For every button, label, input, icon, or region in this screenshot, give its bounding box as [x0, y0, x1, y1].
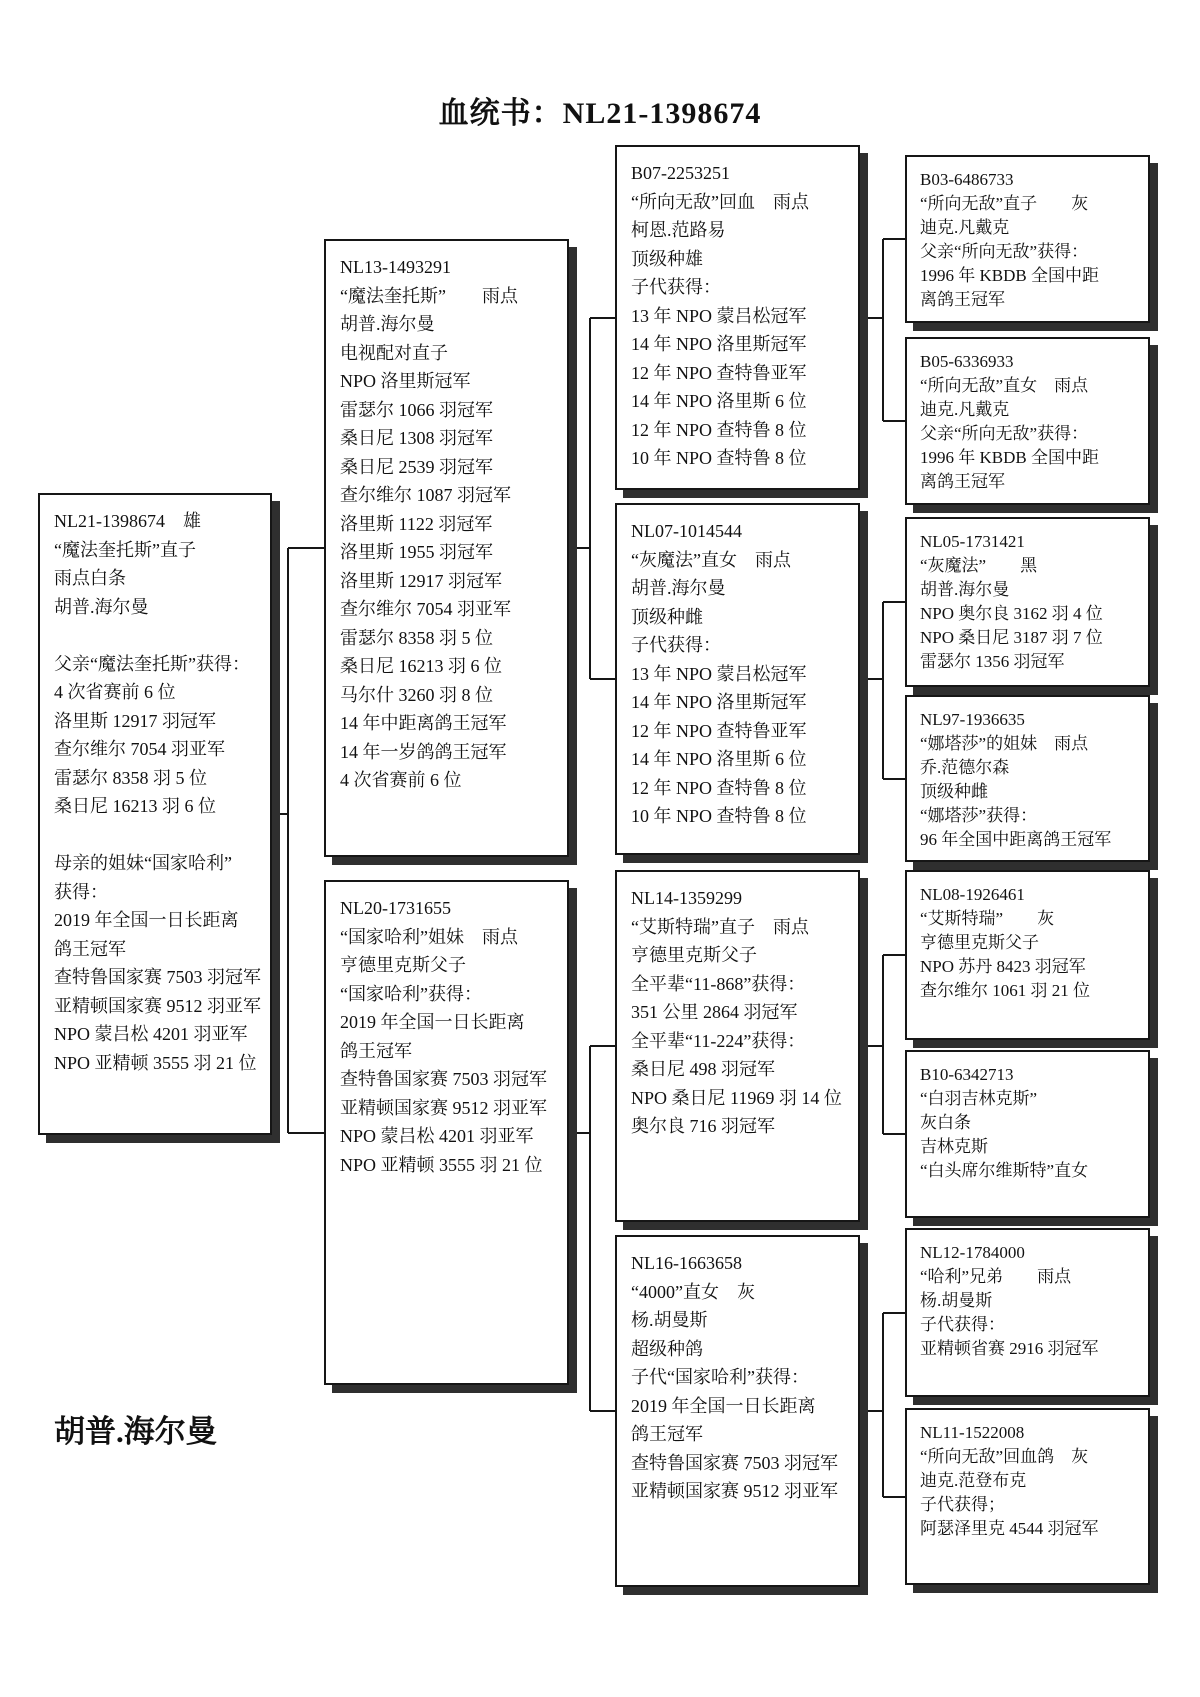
pedigree-text-line: 顶级种雌	[631, 603, 848, 632]
pedigree-text-line: 亨德里克斯父子	[920, 931, 1140, 955]
pedigree-text-line: 10 年 NPO 查特鲁 8 位	[631, 444, 848, 473]
pedigree-text-line: “灰魔法”直女 雨点	[631, 546, 848, 575]
pedigree-text-line: “艾斯特瑞”直子 雨点	[631, 913, 848, 942]
pedigree-text-line: 顶级种雌	[920, 780, 1140, 804]
pedigree-text-line: 超级种鸽	[631, 1335, 848, 1364]
pedigree-text-line: 子代获得；	[920, 1493, 1140, 1517]
pedigree-text-line: 雷瑟尔 8358 羽 5 位	[340, 624, 557, 653]
pedigree-text-line: 获得：	[54, 878, 260, 907]
pedigree-text-line: “魔法奎托斯”直子	[54, 536, 260, 565]
pedigree-text-line: NL14-1359299	[631, 884, 848, 913]
pedigree-text-line: 查特鲁国家赛 7503 羽冠军	[340, 1065, 557, 1094]
pedigree-text-line: “所向无敌”直女 雨点	[920, 374, 1140, 398]
pedigree-text-line: 鸽王冠军	[54, 935, 260, 964]
pedigree-text-line: “艾斯特瑞” 灰	[920, 907, 1140, 931]
pedigree-text-line: 1996 年 KBDB 全国中距	[920, 264, 1140, 288]
pedigree-text-line: 鸽王冠军	[340, 1037, 557, 1066]
pedigree-text-line: 胡普.海尔曼	[54, 593, 260, 622]
pedigree-text-line: “哈利”兄弟 雨点	[920, 1265, 1140, 1289]
pedigree-text-line: 查尔维尔 7054 羽亚军	[340, 595, 557, 624]
pedigree-text-line	[54, 821, 260, 850]
pedigree-text-line: 桑日尼 498 羽冠军	[631, 1055, 848, 1084]
pedigree-text-line: “娜塔莎”的姐妹 雨点	[920, 732, 1140, 756]
pedigree-text-line: 洛里斯 1955 羽冠军	[340, 538, 557, 567]
pedigree-text-line: NPO 桑日尼 11969 羽 14 位	[631, 1084, 848, 1113]
pedigree-text-line: 12 年 NPO 查特鲁亚军	[631, 717, 848, 746]
pedigree-text-line: 亚精顿国家赛 9512 羽亚军	[54, 992, 260, 1021]
pedigree-box-nl05-1731421: NL05-1731421“灰魔法” 黑胡普.海尔曼NPO 奥尔良 3162 羽 …	[905, 517, 1150, 687]
pedigree-text-line: 电视配对直子	[340, 339, 557, 368]
pedigree-text-line: 亚精顿国家赛 9512 羽亚军	[340, 1094, 557, 1123]
pedigree-text-line: 父亲“魔法奎托斯”获得：	[54, 650, 260, 679]
pedigree-box-b03-6486733: B03-6486733“所向无敌”直子 灰迪克.凡戴克父亲“所向无敌”获得：19…	[905, 155, 1150, 323]
pedigree-text-line: 14 年 NPO 洛里斯 6 位	[631, 745, 848, 774]
pedigree-text-line: “白羽吉林克斯”	[920, 1087, 1140, 1111]
pedigree-text-line: 桑日尼 2539 羽冠军	[340, 453, 557, 482]
pedigree-text-line: 洛里斯 1122 羽冠军	[340, 510, 557, 539]
pedigree-text-line: NPO 亚精顿 3555 羽 21 位	[54, 1049, 260, 1078]
pedigree-text-line: “所向无敌”回血 雨点	[631, 188, 848, 217]
pedigree-text-line: 12 年 NPO 查特鲁 8 位	[631, 774, 848, 803]
pedigree-text-line: 灰白条	[920, 1111, 1140, 1135]
pedigree-text-line: 鸽王冠军	[631, 1420, 848, 1449]
pedigree-text-line: 吉林克斯	[920, 1135, 1140, 1159]
pedigree-text-line: 桑日尼 1308 羽冠军	[340, 424, 557, 453]
pedigree-text-line: “灰魔法” 黑	[920, 554, 1140, 578]
pedigree-text-line: 查尔维尔 1087 羽冠军	[340, 481, 557, 510]
pedigree-text-line: 13 年 NPO 蒙吕松冠军	[631, 302, 848, 331]
pedigree-text-line: B03-6486733	[920, 168, 1140, 192]
pedigree-box-nl21-1398674: NL21-1398674 雄“魔法奎托斯”直子雨点白条胡普.海尔曼 父亲“魔法奎…	[38, 493, 272, 1135]
pedigree-text-line: NL12-1784000	[920, 1241, 1140, 1265]
pedigree-text-line: 雨点白条	[54, 564, 260, 593]
pedigree-text-line: NL21-1398674 雄	[54, 507, 260, 536]
pedigree-text-line: NL08-1926461	[920, 883, 1140, 907]
pedigree-text-line: 2019 年全国一日长距离	[54, 906, 260, 935]
pedigree-text-line: 桑日尼 16213 羽 6 位	[54, 792, 260, 821]
pedigree-text-line: 14 年中距离鸽王冠军	[340, 709, 557, 738]
pedigree-text-line: 迪克.凡戴克	[920, 398, 1140, 422]
pedigree-text-line: 子代获得：	[631, 273, 848, 302]
pedigree-text-line: 迪克.范登布克	[920, 1469, 1140, 1493]
pedigree-text-line: NPO 蒙吕松 4201 羽亚军	[54, 1020, 260, 1049]
pedigree-text-line: 子代“国家哈利”获得：	[631, 1363, 848, 1392]
pedigree-box-nl14-1359299: NL14-1359299“艾斯特瑞”直子 雨点亨德里克斯父子全平辈“11-868…	[615, 870, 860, 1222]
pedigree-text-line: 胡普.海尔曼	[920, 578, 1140, 602]
pedigree-text-line: 乔.范德尔森	[920, 756, 1140, 780]
pedigree-text-line: 全平辈“11-868”获得：	[631, 970, 848, 999]
pedigree-box-nl97-1936635: NL97-1936635“娜塔莎”的姐妹 雨点乔.范德尔森顶级种雌“娜塔莎”获得…	[905, 695, 1150, 862]
pedigree-text-line: NL16-1663658	[631, 1249, 848, 1278]
pedigree-text-line: B10-6342713	[920, 1063, 1140, 1087]
pedigree-text-line: “娜塔莎”获得：	[920, 804, 1140, 828]
pedigree-text-line: 亚精顿省赛 2916 羽冠军	[920, 1337, 1140, 1361]
pedigree-text-line: 顶级种雄	[631, 245, 848, 274]
pedigree-box-nl16-1663658: NL16-1663658“4000”直女 灰杨.胡曼斯超级种鸽子代“国家哈利”获…	[615, 1235, 860, 1587]
pedigree-text-line: 全平辈“11-224”获得：	[631, 1027, 848, 1056]
pedigree-text-line: 杨.胡曼斯	[920, 1289, 1140, 1313]
pedigree-text-line: NPO 亚精顿 3555 羽 21 位	[340, 1151, 557, 1180]
pedigree-text-line: 桑日尼 16213 羽 6 位	[340, 652, 557, 681]
pedigree-text-line: 14 年一岁鸽鸽王冠军	[340, 738, 557, 767]
pedigree-text-line: 亚精顿国家赛 9512 羽亚军	[631, 1477, 848, 1506]
pedigree-text-line: 柯恩.范路易	[631, 216, 848, 245]
pedigree-box-b07-2253251: B07-2253251“所向无敌”回血 雨点柯恩.范路易顶级种雄子代获得：13 …	[615, 145, 860, 490]
pedigree-text-line: B07-2253251	[631, 159, 848, 188]
pedigree-text-line: 迪克.凡戴克	[920, 216, 1140, 240]
pedigree-text-line: 12 年 NPO 查特鲁 8 位	[631, 416, 848, 445]
pedigree-text-line: NL20-1731655	[340, 894, 557, 923]
pedigree-text-line: 马尔什 3260 羽 8 位	[340, 681, 557, 710]
pedigree-text-line: 1996 年 KBDB 全国中距	[920, 446, 1140, 470]
pedigree-text-line: NL05-1731421	[920, 530, 1140, 554]
pedigree-box-nl20-1731655: NL20-1731655“国家哈利”姐妹 雨点亨德里克斯父子“国家哈利”获得：2…	[324, 880, 569, 1385]
pedigree-text-line: NL97-1936635	[920, 708, 1140, 732]
pedigree-text-line: 洛里斯 12917 羽冠军	[54, 707, 260, 736]
pedigree-text-line: 14 年 NPO 洛里斯冠军	[631, 688, 848, 717]
pedigree-box-nl07-1014544: NL07-1014544“灰魔法”直女 雨点胡普.海尔曼顶级种雌子代获得：13 …	[615, 503, 860, 855]
pedigree-text-line: 查尔维尔 7054 羽亚军	[54, 735, 260, 764]
pedigree-box-b05-6336933: B05-6336933“所向无敌”直女 雨点迪克.凡戴克父亲“所向无敌”获得：1…	[905, 337, 1150, 505]
pedigree-text-line: 阿瑟泽里克 4544 羽冠军	[920, 1517, 1140, 1541]
pedigree-text-line: 2019 年全国一日长距离	[631, 1392, 848, 1421]
pedigree-text-line: “所向无敌”直子 灰	[920, 192, 1140, 216]
pedigree-text-line: 4 次省赛前 6 位	[54, 678, 260, 707]
pedigree-text-line: NPO 苏丹 8423 羽冠军	[920, 955, 1140, 979]
pedigree-text-line: 子代获得：	[631, 631, 848, 660]
pedigree-text-line	[54, 621, 260, 650]
pedigree-text-line: 亨德里克斯父子	[340, 951, 557, 980]
pedigree-text-line: NL11-1522008	[920, 1421, 1140, 1445]
pedigree-text-line: 查尔维尔 1061 羽 21 位	[920, 979, 1140, 1003]
pedigree-text-line: 96 年全国中距离鸽王冠军	[920, 828, 1140, 852]
pedigree-text-line: 母亲的姐妹“国家哈利”	[54, 849, 260, 878]
pedigree-text-line: NPO 桑日尼 3187 羽 7 位	[920, 626, 1140, 650]
pedigree-text-line: 4 次省赛前 6 位	[340, 766, 557, 795]
pedigree-text-line: NL13-1493291	[340, 253, 557, 282]
pedigree-text-line: “4000”直女 灰	[631, 1278, 848, 1307]
pedigree-box-nl13-1493291: NL13-1493291“魔法奎托斯” 雨点胡普.海尔曼电视配对直子NPO 洛里…	[324, 239, 569, 857]
pedigree-text-line: 12 年 NPO 查特鲁亚军	[631, 359, 848, 388]
pedigree-text-line: 离鸽王冠军	[920, 288, 1140, 312]
pedigree-box-nl12-1784000: NL12-1784000“哈利”兄弟 雨点杨.胡曼斯子代获得：亚精顿省赛 291…	[905, 1228, 1150, 1397]
pedigree-text-line: “白头席尔维斯特”直女	[920, 1159, 1140, 1183]
pedigree-text-line: NL07-1014544	[631, 517, 848, 546]
pedigree-text-line: 10 年 NPO 查特鲁 8 位	[631, 802, 848, 831]
pedigree-text-line: 子代获得：	[920, 1313, 1140, 1337]
pedigree-text-line: 351 公里 2864 羽冠军	[631, 998, 848, 1027]
pedigree-text-line: 胡普.海尔曼	[340, 310, 557, 339]
pedigree-box-nl08-1926461: NL08-1926461“艾斯特瑞” 灰亨德里克斯父子NPO 苏丹 8423 羽…	[905, 870, 1150, 1040]
pedigree-page: 血统书：NL21-1398674 NL21-1398674 雄“魔法奎托斯”直子…	[0, 0, 1200, 1697]
pedigree-text-line: 雷瑟尔 1066 羽冠军	[340, 396, 557, 425]
pedigree-text-line: 14 年 NPO 洛里斯冠军	[631, 330, 848, 359]
pedigree-text-line: 雷瑟尔 8358 羽 5 位	[54, 764, 260, 793]
pedigree-text-line: “国家哈利”获得：	[340, 980, 557, 1009]
pedigree-text-line: 亨德里克斯父子	[631, 941, 848, 970]
pedigree-text-line: 雷瑟尔 1356 羽冠军	[920, 650, 1140, 674]
pedigree-text-line: 离鸽王冠军	[920, 470, 1140, 494]
pedigree-text-line: B05-6336933	[920, 350, 1140, 374]
pedigree-box-nl11-1522008: NL11-1522008“所向无敌”回血鸽 灰迪克.范登布克子代获得；阿瑟泽里克…	[905, 1408, 1150, 1585]
pedigree-text-line: 父亲“所向无敌”获得：	[920, 240, 1140, 264]
pedigree-text-line: “魔法奎托斯” 雨点	[340, 282, 557, 311]
pedigree-text-line: “所向无敌”回血鸽 灰	[920, 1445, 1140, 1469]
pedigree-text-line: 杨.胡曼斯	[631, 1306, 848, 1335]
pedigree-text-line: NPO 奥尔良 3162 羽 4 位	[920, 602, 1140, 626]
pedigree-text-line: 14 年 NPO 洛里斯 6 位	[631, 387, 848, 416]
pedigree-text-line: 奥尔良 716 羽冠军	[631, 1112, 848, 1141]
pedigree-text-line: 2019 年全国一日长距离	[340, 1008, 557, 1037]
pedigree-text-line: NPO 蒙吕松 4201 羽亚军	[340, 1122, 557, 1151]
pedigree-text-line: 查特鲁国家赛 7503 羽冠军	[631, 1449, 848, 1478]
pedigree-box-b10-6342713: B10-6342713“白羽吉林克斯”灰白条吉林克斯“白头席尔维斯特”直女	[905, 1050, 1150, 1218]
pedigree-text-line: 洛里斯 12917 羽冠军	[340, 567, 557, 596]
pedigree-text-line: 13 年 NPO 蒙吕松冠军	[631, 660, 848, 689]
pedigree-text-line: 查特鲁国家赛 7503 羽冠军	[54, 963, 260, 992]
pedigree-text-line: “国家哈利”姐妹 雨点	[340, 923, 557, 952]
pedigree-text-line: 胡普.海尔曼	[631, 574, 848, 603]
pedigree-text-line: NPO 洛里斯冠军	[340, 367, 557, 396]
pedigree-text-line: 父亲“所向无敌”获得：	[920, 422, 1140, 446]
